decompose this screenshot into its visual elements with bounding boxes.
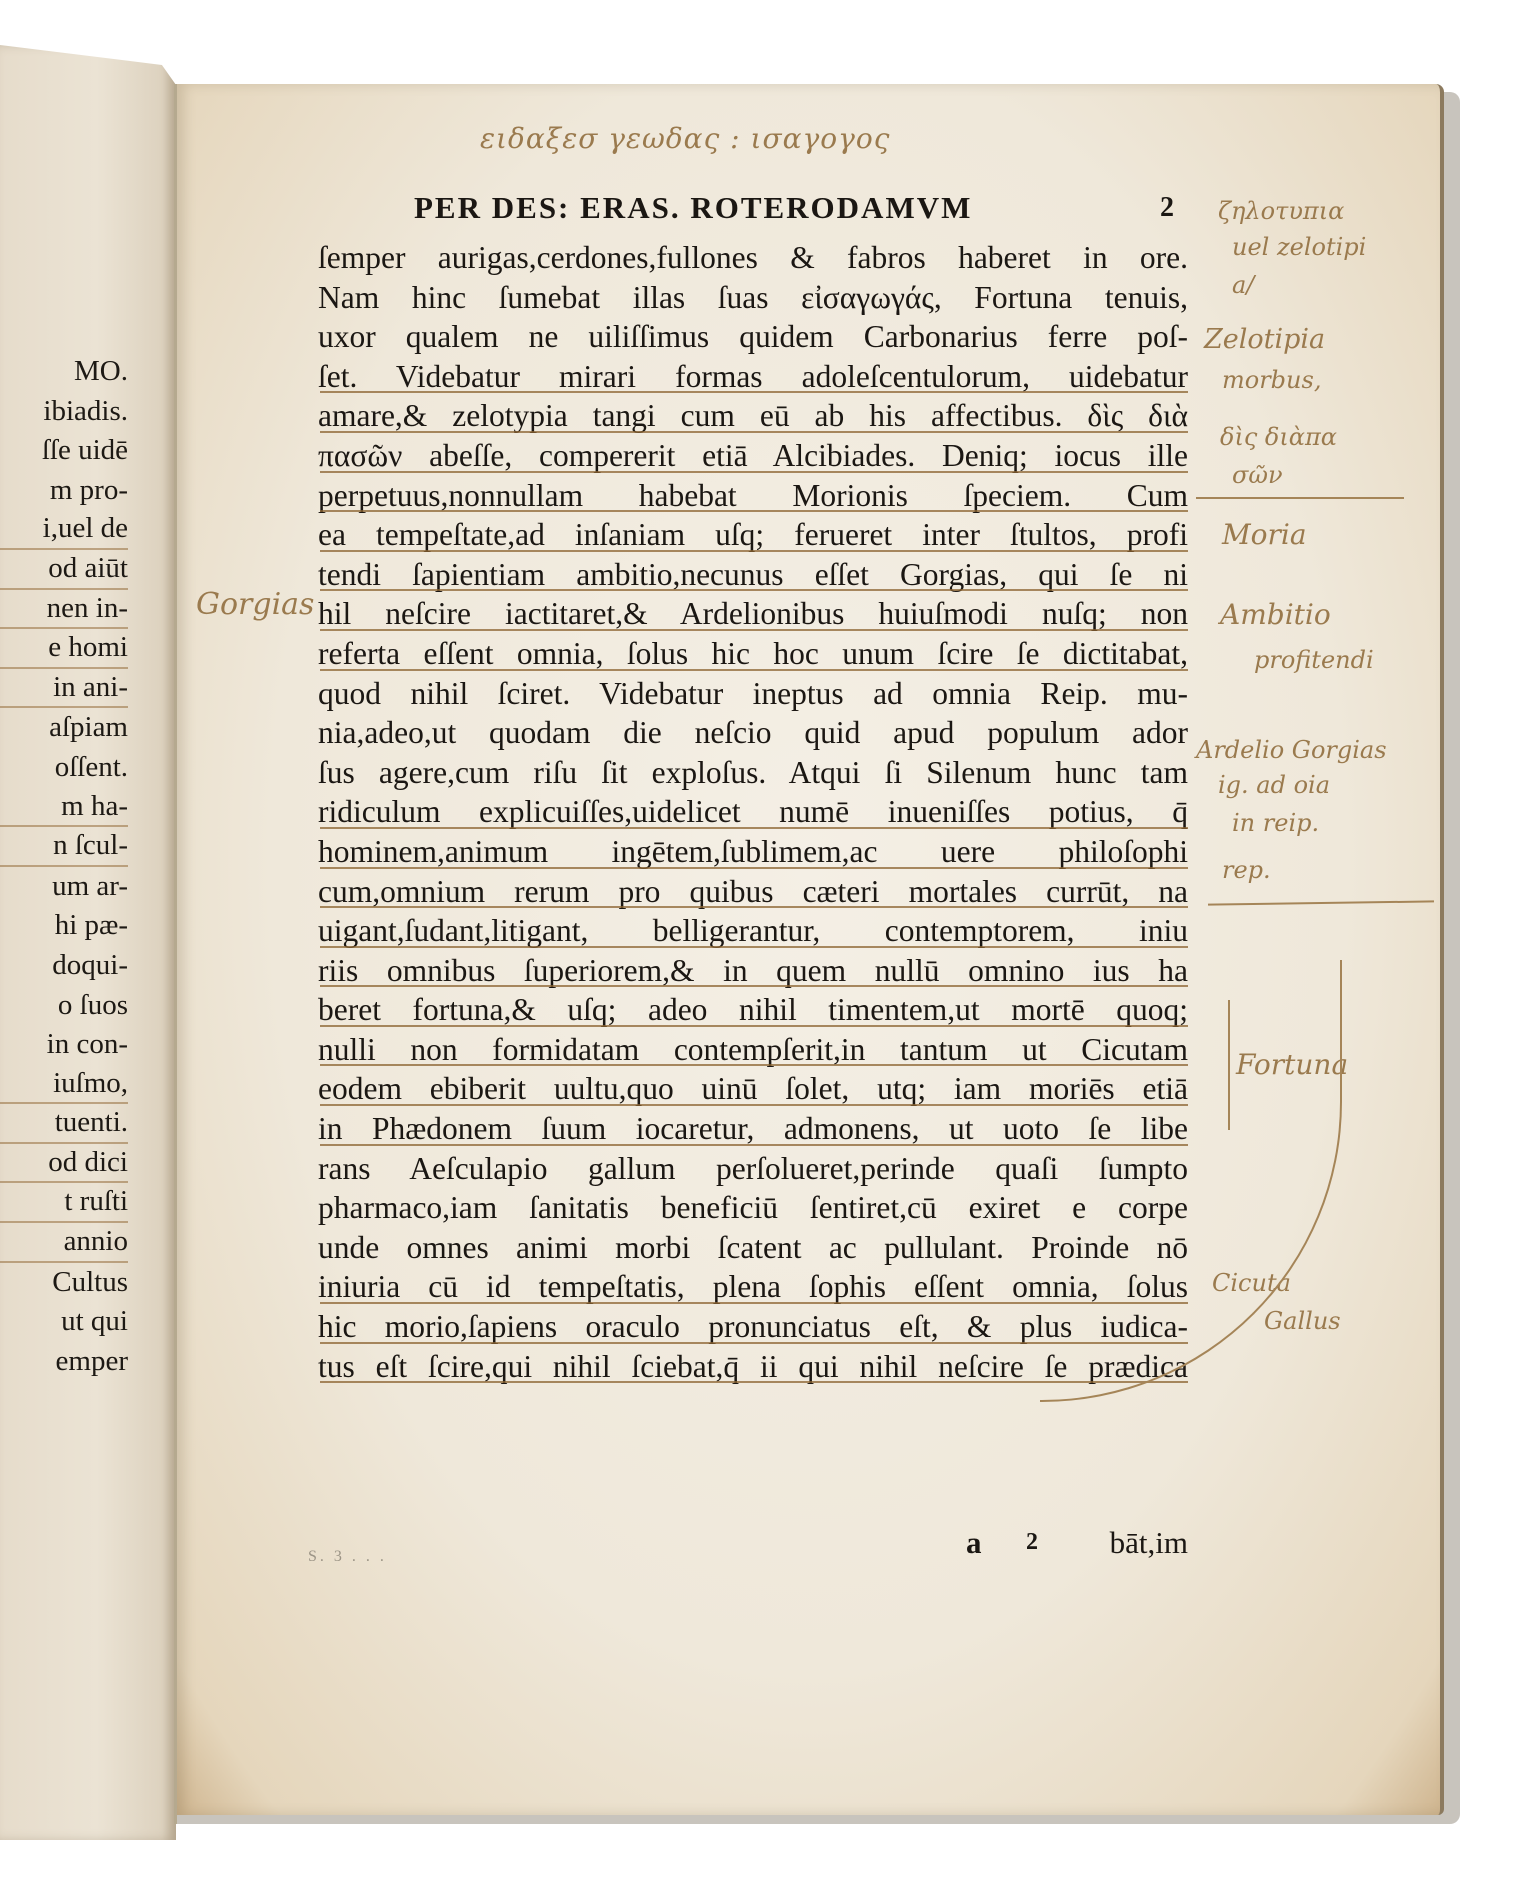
left-page-line: od aiūt: [0, 550, 128, 590]
left-page-line: emper: [0, 1342, 128, 1382]
left-page-line: um ar-: [0, 867, 128, 907]
left-page-line: doqui-: [0, 946, 128, 986]
text-line: ſet. Videbatur mirari formas adoleſcentu…: [318, 357, 1188, 397]
text-line: πασῶν abeſſe, compererit etiā Alcibiades…: [318, 436, 1188, 476]
text-line: referta eſſent omnia, ſolus hic hoc unum…: [318, 634, 1188, 674]
text-line: ſus agere,cum riſu ſit exploſus. Atqui ſ…: [318, 753, 1188, 793]
left-page-line: in con-: [0, 1025, 128, 1065]
text-line: amare,& zelotypia tangi cum eū ab his af…: [318, 396, 1188, 436]
left-page-line: o ſuos: [0, 986, 128, 1026]
left-page-line: n ſcul-: [0, 827, 128, 867]
text-line: hil neſcire iactitaret,& Ardelionibus hu…: [318, 594, 1188, 634]
left-page-line: oſſent.: [0, 748, 128, 788]
margin-note: a/: [1232, 270, 1254, 300]
left-page-line: tuenti.: [0, 1104, 128, 1144]
text-line: cum,omnium rerum pro quibus cæteri morta…: [318, 872, 1188, 912]
margin-note: δὶς διὰπα: [1220, 422, 1337, 452]
margin-note: rep.: [1222, 855, 1271, 885]
left-page-line: MO.: [0, 352, 128, 392]
signature-line: a 2 bāt,im: [318, 1525, 1188, 1565]
left-page-text: MO.ibiadis.ſſe uidēm pro-i,uel deod aiūt…: [0, 352, 128, 1381]
left-page-line: od dici: [0, 1144, 128, 1184]
folio-number: 2: [1160, 192, 1174, 224]
margin-note: ig. ad oia: [1218, 770, 1330, 800]
text-line: ſemper aurigas,cerdones,fullones & fabro…: [318, 238, 1188, 278]
signature-number: 2: [1026, 1529, 1038, 1556]
margin-note: profitendi: [1254, 645, 1374, 675]
margin-note: in reip.: [1232, 808, 1319, 838]
left-page-line: ibiadis.: [0, 392, 128, 432]
text-line: Nam hinc ſumebat illas ſuas εἰσαγωγάς, F…: [318, 278, 1188, 318]
margin-note: ζηλοτυπια: [1218, 196, 1344, 226]
margin-note: σῶν: [1232, 460, 1283, 490]
margin-note: Moria: [1222, 520, 1307, 550]
margin-note: uel zelotipi: [1232, 232, 1366, 262]
left-page-line: ut qui: [0, 1302, 128, 1342]
left-page-line: hi pæ-: [0, 906, 128, 946]
left-page-line: in ani-: [0, 669, 128, 709]
text-line: ea tempeſtate,ad inſaniam uſq; ferueret …: [318, 515, 1188, 555]
left-page-line: Cultus: [0, 1263, 128, 1303]
running-head: PER DES: ERAS. ROTERODAMVM: [414, 190, 972, 226]
text-line: nia,adeo,ut quodam die neſcio quid apud …: [318, 713, 1188, 753]
text-line: uxor qualem ne uiliſſimus quidem Carbona…: [318, 317, 1188, 357]
left-page-line: m pro-: [0, 471, 128, 511]
margin-note: Gallus: [1264, 1306, 1341, 1336]
signature-mark: a: [966, 1525, 982, 1561]
margin-note-gorgias: Gorgias: [196, 590, 314, 620]
faint-show-through: S. 3 . . .: [308, 1548, 387, 1566]
text-line: uigant,ſudant,litigant, belligerantur, c…: [318, 911, 1188, 951]
catchword: bāt,im: [1110, 1525, 1188, 1561]
left-page-line: ſſe uidē: [0, 431, 128, 471]
left-page-line: iuſmo,: [0, 1065, 128, 1105]
left-page-line: i,uel de: [0, 510, 128, 550]
text-line: tendi ſapientiam ambitio,necunus eſſet G…: [318, 555, 1188, 595]
left-page-line: t ruſti: [0, 1183, 128, 1223]
margin-rule: [1196, 497, 1404, 499]
text-line: perpetuus,nonnullam habebat Morionis ſpe…: [318, 476, 1188, 516]
margin-note: Ambitio: [1220, 600, 1331, 630]
margin-note: Ardelio Gorgias: [1196, 735, 1387, 765]
manuscript-heading: ειδαξεσ γεωδας : ισαγογος: [480, 122, 890, 155]
margin-note: Zelotipia: [1204, 325, 1325, 355]
text-line: ridiculum explicuiſſes,uidelicet numē in…: [318, 792, 1188, 832]
gutter: [174, 84, 177, 1824]
text-line: hominem,animum ingētem,ſublimem,ac uere …: [318, 832, 1188, 872]
text-line: quod nihil ſciret. Videbatur ineptus ad …: [318, 674, 1188, 714]
left-page-line: aſpiam: [0, 708, 128, 748]
left-page-line: nen in-: [0, 590, 128, 630]
left-page-line: annio: [0, 1223, 128, 1263]
left-page-line: e homi: [0, 629, 128, 669]
left-page-line: m ha-: [0, 788, 128, 828]
margin-note: morbus,: [1222, 365, 1321, 395]
